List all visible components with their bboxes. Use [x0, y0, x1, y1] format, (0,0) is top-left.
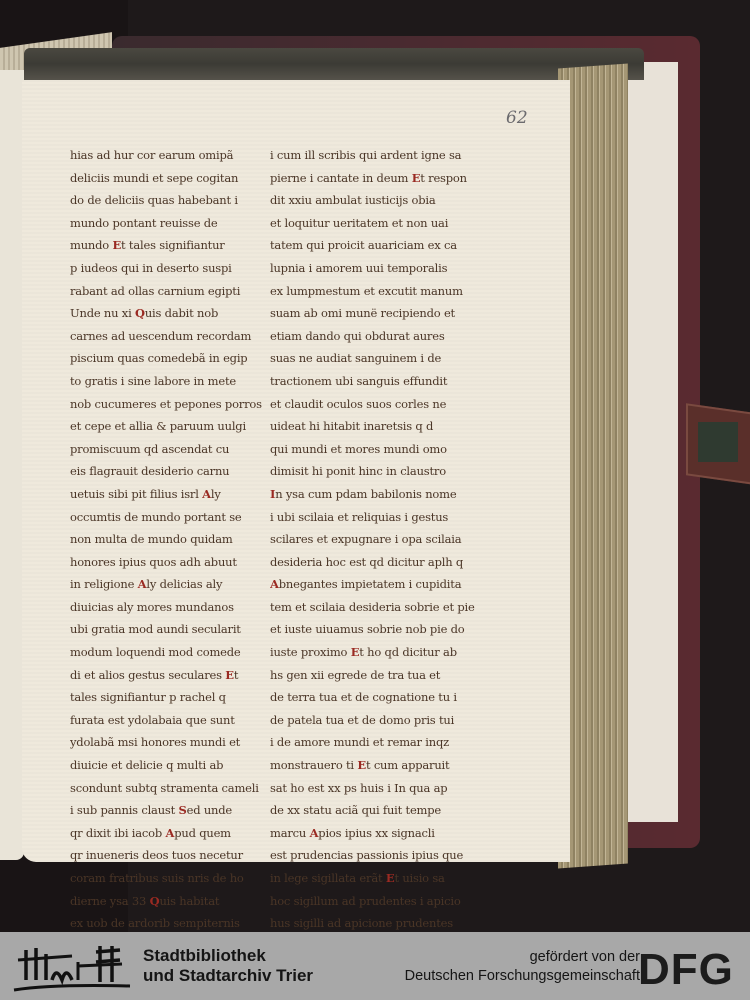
- cover-pastedown: [620, 62, 678, 822]
- manuscript-line: scondunt subtq stramenta cameli: [70, 777, 262, 800]
- rubric-initial: A: [165, 826, 174, 840]
- rubric-initial: S: [179, 803, 187, 817]
- manuscript-line: est prudencias passionis ipius que: [270, 844, 475, 867]
- manuscript-line: do de deliciis quas habebant i: [70, 189, 262, 212]
- manuscript-line: carnes ad uescendum recordam: [70, 325, 262, 348]
- rubric-initial: A: [202, 487, 211, 501]
- manuscript-line: piscium quas comedebã in egip: [70, 347, 262, 370]
- manuscript-line: coram fratribus suis nris de ho: [70, 867, 262, 890]
- manuscript-line: eis flagrauit desiderio carnu: [70, 460, 262, 483]
- manuscript-line: ex uob de ardorib sempiternis: [70, 912, 262, 932]
- manuscript-line: tem et scilaia desideria sobrie et pie: [270, 596, 475, 619]
- dfg-logo: DFG: [638, 948, 734, 992]
- manuscript-line: i cum ill scribis qui ardent igne sa: [270, 144, 475, 167]
- text-column-left: hias ad hur cor earum omipãdeliciis mund…: [70, 144, 262, 932]
- folio-number: 62: [506, 108, 528, 128]
- manuscript-line: rabant ad ollas carnium egipti: [70, 280, 262, 303]
- manuscript-line: Abnegantes impietatem i cupidita: [270, 573, 475, 596]
- manuscript-line: p iudeos qui in deserto suspi: [70, 257, 262, 280]
- rubric-initial: A: [310, 826, 319, 840]
- manuscript-line: et claudit oculos suos corles ne: [270, 393, 475, 416]
- manuscript-line: promiscuum qd ascendat cu: [70, 438, 262, 461]
- manuscript-line: tractionem ubi sanguis effundit: [270, 370, 475, 393]
- manuscript-line: Unde nu xi Quis dabit nob: [70, 302, 262, 325]
- facing-page-edge: [0, 70, 24, 860]
- text-column-right: i cum ill scribis qui ardent igne sapier…: [270, 144, 475, 932]
- manuscript-line: hoc sigillum ad prudentes i apicio: [270, 890, 475, 913]
- stadtbibliothek-trier-logo-icon: [12, 940, 132, 994]
- manuscript-line: et loquitur ueritatem et non uai: [270, 212, 475, 235]
- rubric-initial: Q: [135, 306, 145, 320]
- manuscript-line: dimisit hi ponit hinc in claustro: [270, 460, 475, 483]
- manuscript-line: marcu Apios ipius xx signacli: [270, 822, 475, 845]
- manuscript-line: honores ipius quos adh abuut: [70, 551, 262, 574]
- manuscript-line: to gratis i sine labore in mete: [70, 370, 262, 393]
- rubric-initial: E: [351, 645, 360, 659]
- rubric-initial: E: [112, 238, 121, 252]
- manuscript-line: di et alios gestus seculares Et: [70, 664, 262, 687]
- manuscript-line: uideat hi hitabit inaretsis q d: [270, 415, 475, 438]
- manuscript-line: suas ne audiat sanguinem i de: [270, 347, 475, 370]
- rubric-initial: Q: [150, 894, 160, 908]
- manuscript-line: qr dixit ibi iacob Apud quem: [70, 822, 262, 845]
- manuscript-line: de xx statu aciã qui fuit tempe: [270, 799, 475, 822]
- library-name-line2: und Stadtarchiv Trier: [143, 966, 313, 986]
- rubric-initial: I: [270, 487, 275, 501]
- manuscript-line: uetuis sibi pit filius isrl Aly: [70, 483, 262, 506]
- manuscript-line: i ubi scilaia et reliquias i gestus: [270, 506, 475, 529]
- manuscript-line: i de amore mundi et remar inqz: [270, 731, 475, 754]
- manuscript-line: modum loquendi mod comede: [70, 641, 262, 664]
- manuscript-line: ubi gratia mod aundi secularit: [70, 618, 262, 641]
- manuscript-line: lupnia i amorem uui temporalis: [270, 257, 475, 280]
- manuscript-line: mundo Et tales signifiantur: [70, 234, 262, 257]
- manuscript-line: et cepe et allia & paruum uulgi: [70, 415, 262, 438]
- manuscript-line: mundo pontant reuisse de: [70, 212, 262, 235]
- manuscript-line: deliciis mundi et sepe cogitan: [70, 167, 262, 190]
- funding-line1: gefördert von der: [405, 948, 640, 967]
- manuscript-line: suam ab omi munë recipiendo et: [270, 302, 475, 325]
- manuscript-line: ex lumpmestum et excutit manum: [270, 280, 475, 303]
- manuscript-line: furata est ydolabaia que sunt: [70, 709, 262, 732]
- manuscript-line: hias ad hur cor earum omipã: [70, 144, 262, 167]
- manuscript-line: nob cucumeres et pepones porros: [70, 393, 262, 416]
- manuscript-line: qui mundi et mores mundi omo: [270, 438, 475, 461]
- page-block-top-edge: [24, 48, 644, 80]
- rubric-initial: E: [412, 171, 421, 185]
- rubric-initial: E: [225, 668, 234, 682]
- manuscript-line: i sub pannis claust Sed unde: [70, 799, 262, 822]
- manuscript-line: hs gen xii egrede de tra tua et: [270, 664, 475, 687]
- manuscript-line: ydolabã msi honores mundi et: [70, 731, 262, 754]
- manuscript-line: dierne ysa 33 Quis habitat: [70, 890, 262, 913]
- rubric-initial: A: [138, 577, 147, 591]
- manuscript-line: iuste proximo Et ho qd dicitur ab: [270, 641, 475, 664]
- manuscript-line: et iuste uiuamus sobrie nob pie do: [270, 618, 475, 641]
- manuscript-line: qr inueneris deos tuos necetur: [70, 844, 262, 867]
- manuscript-line: pierne i cantate in deum Et respon: [270, 167, 475, 190]
- manuscript-line: hus sigilli ad apicione prudentes: [270, 912, 475, 932]
- manuscript-line: diuicias aly mores mundanos: [70, 596, 262, 619]
- manuscript-line: diuicie et delicie q multi ab: [70, 754, 262, 777]
- funding-credit: gefördert von der Deutschen Forschungsge…: [405, 948, 640, 986]
- manuscript-line: In ysa cum pdam babilonis nome: [270, 483, 475, 506]
- manuscript-line: non multa de mundo quidam: [70, 528, 262, 551]
- rubric-initial: E: [386, 871, 395, 885]
- clasp-metal-icon: [698, 422, 738, 462]
- manuscript-line: desideria hoc est qd dicitur aplh q: [270, 551, 475, 574]
- manuscript-line: etiam dando qui obdurat aures: [270, 325, 475, 348]
- manuscript-line: monstrauero ti Et cum apparuit: [270, 754, 475, 777]
- manuscript-line: in religione Aly delicias aly: [70, 573, 262, 596]
- manuscript-line: tales signifiantur p rachel q: [70, 686, 262, 709]
- funding-line2: Deutschen Forschungsgemeinschaft: [405, 967, 640, 986]
- rubric-initial: A: [270, 577, 279, 591]
- manuscript-line: dit xxiu ambulat iusticijs obia: [270, 189, 475, 212]
- manuscript-line: de terra tua et de cognatione tu i: [270, 686, 475, 709]
- manuscript-line: occumtis de mundo portant se: [70, 506, 262, 529]
- manuscript-line: sat ho est xx ps huis i In qua ap: [270, 777, 475, 800]
- manuscript-line: scilares et expugnare i opa scilaia: [270, 528, 475, 551]
- rubric-initial: E: [357, 758, 366, 772]
- library-name: Stadtbibliothek und Stadtarchiv Trier: [143, 946, 313, 986]
- footer-banner: Stadtbibliothek und Stadtarchiv Trier ge…: [0, 932, 750, 1000]
- library-name-line1: Stadtbibliothek: [143, 946, 313, 966]
- manuscript-line: tatem qui proicit auariciam ex ca: [270, 234, 475, 257]
- manuscript-line: in lege sigillata erãt Et uisio sa: [270, 867, 475, 890]
- manuscript-photograph: 62 hias ad hur cor earum omipãdeliciis m…: [0, 0, 750, 932]
- manuscript-line: de patela tua et de domo pris tui: [270, 709, 475, 732]
